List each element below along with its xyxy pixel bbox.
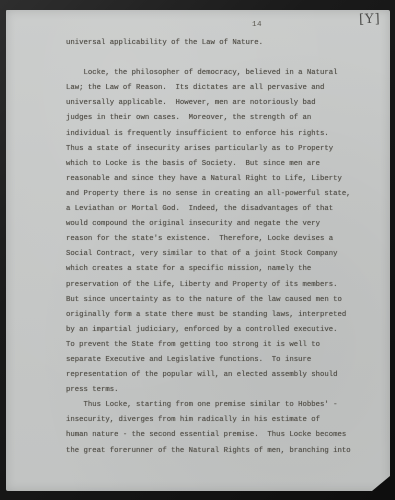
text-line: which creates a state for a specific mis… (66, 262, 366, 277)
text-line: press terms. (66, 383, 366, 398)
text-line: individual is frequently insufficient to… (66, 127, 366, 142)
text-line: human nature - the second essential prem… (66, 428, 366, 443)
text-line: by an impartial judiciary, enforced by a… (66, 323, 366, 338)
text-line: preservation of the Life, Liberty and Pr… (66, 278, 366, 293)
text-line: and Property there is no sense in creati… (66, 187, 366, 202)
text-line: Law; the Law of Reason. Its dictates are… (66, 81, 366, 96)
corner-annotation: [Y] (359, 11, 381, 30)
text-line: the great forerunner of the Natural Righ… (66, 444, 366, 459)
text-line: representation of the popular will, an e… (66, 368, 366, 383)
text-line: Thus a state of insecurity arises partic… (66, 142, 366, 157)
text-line: Locke, the philosopher of democracy, bel… (66, 66, 366, 81)
body-text: universal applicability of the Law of Na… (66, 36, 366, 459)
text-line: would compound the original insecurity a… (66, 217, 366, 232)
text-line: Social Contract, very similar to that of… (66, 247, 366, 262)
document-page: 14 [Y] universal applicability of the La… (6, 10, 390, 491)
scan-background: { "document": { "page_number": "14", "co… (0, 0, 395, 500)
text-line: universal applicability of the Law of Na… (66, 36, 366, 51)
text-line: which to Locke is the basis of Society. … (66, 157, 366, 172)
text-line: reasonable and since they have a Natural… (66, 172, 366, 187)
text-line: universally applicable. However, men are… (66, 96, 366, 111)
text-line: insecurity, diverges from him radically … (66, 413, 366, 428)
text-line (66, 51, 366, 66)
text-line: judges in their own cases. Moreover, the… (66, 111, 366, 126)
text-line: Thus Locke, starting from one premise si… (66, 398, 366, 413)
text-line: originally form a state there must be st… (66, 308, 366, 323)
text-line: reason for the state's existence. Theref… (66, 232, 366, 247)
text-line: To prevent the State from getting too st… (66, 338, 366, 353)
text-line: separate Executive and Legislative funct… (66, 353, 366, 368)
text-line: But since uncertainty as to the nature o… (66, 293, 366, 308)
page-number: 14 (252, 20, 262, 30)
text-line: a Leviathan or Mortal God. Indeed, the d… (66, 202, 366, 217)
